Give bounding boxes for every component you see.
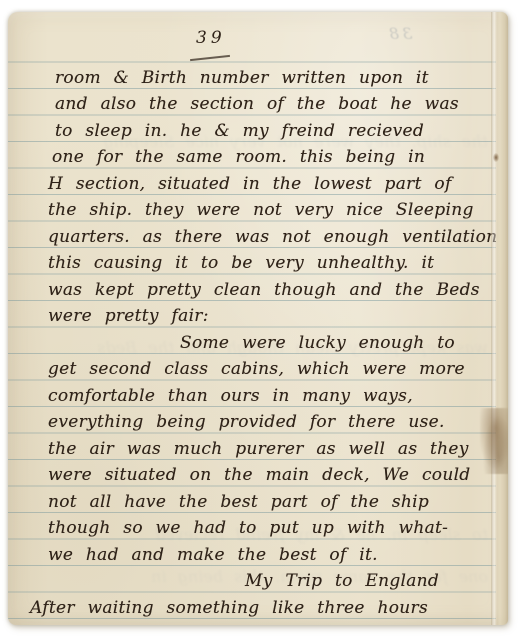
handwriting-line: were pretty fair: — [8, 302, 508, 329]
handwriting-line: we had and make the best of it. — [8, 540, 508, 567]
handwriting-line: Some were lucky enough to — [8, 328, 508, 355]
handwriting-line: and also the section of the boat he was — [8, 90, 508, 117]
stain-speck — [493, 153, 499, 162]
handwriting-line: the air was much purerer as well as they — [8, 434, 508, 461]
ghost-page-number: 38 — [386, 24, 412, 43]
handwriting-lines: room & Birth number written upon itand a… — [8, 63, 508, 620]
scanned-diary-photo: the ship. they were not very nice Sleepi… — [0, 0, 520, 639]
handwriting-line: not all have the best part of the ship — [8, 487, 508, 514]
page-number: 39 — [196, 28, 226, 48]
handwriting-line: one for the same room. this being in — [8, 143, 508, 170]
stain-blot — [480, 408, 508, 474]
handwriting-line: After waiting something like three hours — [8, 593, 508, 620]
page-edge — [492, 12, 508, 625]
notebook-page: the ship. they were not very nice Sleepi… — [8, 12, 508, 625]
handwriting-line: this causing it to be very unhealthy. it — [8, 249, 508, 276]
handwriting-line: the ship. they were not very nice Sleepi… — [8, 196, 508, 223]
handwriting-line: everything being provided for there use. — [8, 408, 508, 435]
page-crease — [491, 12, 493, 625]
handwriting-line: My Trip to England — [8, 567, 508, 594]
handwriting-line: though so we had to put up with what- — [8, 514, 508, 541]
handwriting-line: to sleep in. he & my freind recieved — [8, 116, 508, 143]
handwriting-line: was kept pretty clean though and the Bed… — [8, 275, 508, 302]
handwriting-line: comfortable than ours in many ways, — [8, 381, 508, 408]
handwriting-line: get second class cabins, which were more — [8, 355, 508, 382]
handwriting-line: were situated on the main deck, We could — [8, 461, 508, 488]
handwriting-line: H section, situated in the lowest part o… — [8, 169, 508, 196]
handwriting-line: room & Birth number written upon it — [8, 63, 508, 90]
handwriting-line: quarters. as there was not enough ventil… — [8, 222, 508, 249]
